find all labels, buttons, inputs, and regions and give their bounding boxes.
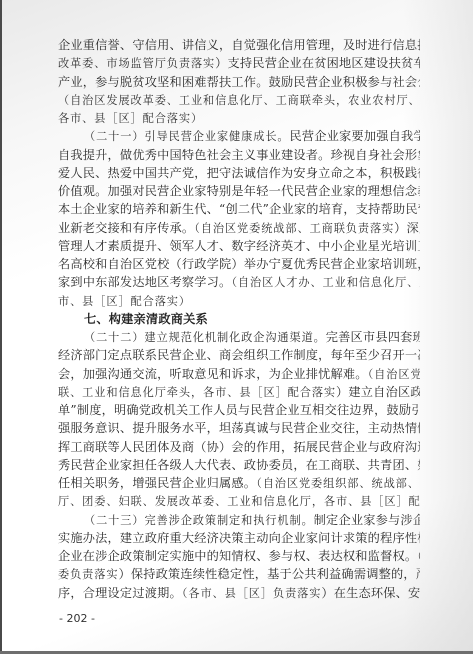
- body-text: 企业在涉企政策制定实施中的知情权、参与权、表达权和监督权。: [58, 549, 417, 563]
- responsibility-note: （自治区党委统战部、工商联负责落实: [194, 222, 394, 235]
- body-text: 会，加强沟通交流，听取意见和诉求，为企业排忧解难。: [58, 367, 368, 381]
- responsibility-note: 各市、县［区］配合落实）: [58, 112, 203, 125]
- text-line: 市、县［区］配合落实）: [58, 292, 420, 310]
- responsibility-note: 改革委、市场监管厅负责落实: [58, 57, 215, 70]
- body-text: 经济部门定点联系民营企业、商会组织工作制度，每年至少召开一次民营企业座谈: [58, 348, 420, 362]
- clause-title: （二十三）完善涉企政策制定和执行机制。: [84, 514, 314, 527]
- body-text: 本土企业家的培养和新生代、“创二代”企业家的培育，支持帮助民营企业家实现事: [58, 202, 420, 216]
- section-heading: 七、构建亲清政商关系: [58, 310, 420, 328]
- body-text: 名高校和自治区党校（行政学院）举办宁夏优秀民营企业家培训班，组织民营企业: [58, 257, 420, 271]
- text-line: 序，合理设定过渡期。（各市、县［区］负责落实）在生态环保、安全生产等领域，政策: [58, 584, 420, 602]
- body-text: 单”制度，明确党政机关工作人员与民营企业互相交往边界，鼓励引导各级干部增: [58, 403, 420, 417]
- responsibility-note: （自治区人才办、工业和信息化厅、工商联牵头，各: [231, 276, 420, 289]
- body-text: 业新老交接和有序传承。: [58, 221, 194, 235]
- text-line: 爱人民、热爱中国共产党，把守法诚信作为安身立命之本，积极践行社会主义核心: [58, 164, 420, 182]
- text-line: 企业重信誉、守信用、讲信义，自觉强化信用管理，及时进行信息披露。（自治区发展: [58, 36, 420, 54]
- text-line: 经济部门定点联系民营企业、商会组织工作制度，每年至少召开一次民营企业座谈: [58, 346, 420, 364]
- body-text: 价值观。加强对民营企业家特别是年轻一代民营企业家的理想信念教育，着力加强: [58, 184, 420, 198]
- body-text: 序，合理设定过渡期。: [58, 586, 182, 600]
- body-text: 实施办法，建立政府重大经济决策主动向企业家问计求策的程序性机制，保障民营: [58, 531, 420, 545]
- page-body-text: 企业重信誉、守信用、讲信义，自觉强化信用管理，及时进行信息披露。（自治区发展改革…: [58, 36, 420, 602]
- section-title: 七、构建亲清政商关系: [84, 312, 208, 326]
- body-text: ）建立自治区政商交往“正负面清: [336, 385, 420, 399]
- text-line: （二十二）建立规范化机制化政企沟通渠道。完善区市县四套班子领导和相关: [58, 328, 420, 346]
- body-text: ）深入实施企业经营: [394, 221, 420, 235]
- text-line: 厅、团委、妇联、发展改革委、工业和信息化厅，各市、县［区］配合落实）: [58, 492, 420, 510]
- text-line: 各市、县［区］配合落实）: [58, 109, 420, 127]
- text-line: 家到中东部发达地区考察学习。（自治区人才办、工业和信息化厅、工商联牵头，各: [58, 273, 420, 291]
- body-text: ）在生态环保、安全生产等领域，政策: [321, 586, 420, 600]
- text-line: 企业在涉企政策制定实施中的知情权、参与权、表达权和监督权。（自治区发展改革: [58, 547, 420, 565]
- text-line: 单”制度，明确党政机关工作人员与民营企业互相交往边界，鼓励引导各级干部增: [58, 401, 420, 419]
- body-text: 产业，参与脱贫攻坚和困难帮扶工作。鼓励民营企业积极参与社会公益、慈善事业。: [58, 75, 420, 89]
- body-text: 制定企业家参与涉企政策制定机制: [314, 513, 420, 527]
- responsibility-note: （自治区发展改革: [417, 550, 420, 563]
- text-line: 改革委、市场监管厅负责落实）支持民营企业在贫困地区建设扶贫车间，发展扶贫: [58, 54, 420, 72]
- text-line: （二十一）引导民营企业家健康成长。民营企业家要加强自我学习、自我教育、: [58, 127, 420, 145]
- text-line: 自我提升，做优秀中国特色社会主义事业建设者。珍视自身社会形象，热爱祖国、热: [58, 146, 420, 164]
- text-line: 业新老交接和有序传承。（自治区党委统战部、工商联负责落实）深入实施企业经营: [58, 219, 420, 237]
- text-line: 挥工商联等人民团体及商（协）会的作用，拓展民营企业与政府沟通的渠道，支持优: [58, 438, 420, 456]
- document-page: 企业重信誉、守信用、讲信义，自觉强化信用管理，及时进行信息披露。（自治区发展改革…: [0, 0, 473, 651]
- responsibility-note: （各市、县［区］负责落实: [182, 587, 321, 600]
- responsibility-note: 联、工业和信息化厅牵头，各市、县［区］配合落实: [58, 386, 336, 399]
- body-text: 管理人才素质提升、领军人才、数字经济英才、中小企业星光培训工程，依托国内知: [58, 239, 420, 253]
- body-text: 完善区市县四套班子领导和相关: [326, 330, 420, 344]
- body-text: 民营企业家要加强自我学习、自我教育、: [290, 129, 421, 143]
- body-text: 爱人民、热爱中国共产党，把守法诚信作为安身立命之本，积极践行社会主义核心: [58, 166, 420, 180]
- body-text: 挥工商联等人民团体及商（协）会的作用，拓展民营企业与政府沟通的渠道，支持优: [58, 440, 420, 454]
- body-text: 强服务意识、提升服务水平，坦荡真诚与民营企业交往，主动热情做好服务。充分发: [58, 421, 420, 435]
- body-text: 自我提升，做优秀中国特色社会主义事业建设者。珍视自身社会形象，热爱祖国、热: [58, 148, 420, 162]
- text-line: 价值观。加强对民营企业家特别是年轻一代民营企业家的理想信念教育，着力加强: [58, 182, 420, 200]
- responsibility-note: 委负责落实: [58, 568, 118, 581]
- body-text: ）支持民营企业在贫困地区建设扶贫车间，发展扶贫: [215, 56, 420, 70]
- body-text: 秀民营企业家担任各级人大代表、政协委员，在工商联、共青团、妇联等群团组织兼: [58, 458, 420, 472]
- body-text: ）保持政策连续性稳定性，基于公共利益确需调整的，严格履行调整程: [118, 567, 420, 581]
- text-line: 秀民营企业家担任各级人大代表、政协委员，在工商联、共青团、妇联等群团组织兼: [58, 456, 420, 474]
- body-text: 任相关职务，增强民营企业归属感。: [58, 476, 256, 490]
- text-line: 会，加强沟通交流，听取意见和诉求，为企业排忧解难。（自治区党委统战部、工商: [58, 365, 420, 383]
- text-line: 管理人才素质提升、领军人才、数字经济英才、中小企业星光培训工程，依托国内知: [58, 237, 420, 255]
- page-number: - 202 -: [59, 612, 95, 625]
- text-line: 产业，参与脱贫攻坚和困难帮扶工作。鼓励民营企业积极参与社会公益、慈善事业。: [58, 73, 420, 91]
- text-line: 委负责落实）保持政策连续性稳定性，基于公共利益确需调整的，严格履行调整程: [58, 565, 420, 583]
- text-line: 名高校和自治区党校（行政学院）举办宁夏优秀民营企业家培训班，组织民营企业: [58, 255, 420, 273]
- responsibility-note: 市、县［区］配合落实）: [58, 295, 191, 308]
- body-text: 企业重信誉、守信用、讲信义，自觉强化信用管理，及时进行信息披露。: [58, 38, 420, 52]
- responsibility-note: 厅、团委、妇联、发展改革委、工业和信息化厅，各市、县［区］配合落实）: [58, 495, 420, 508]
- responsibility-note: （自治区党委组织部、统战部、工商联牵头，民政: [256, 477, 420, 490]
- clause-title: （二十一）引导民营企业家健康成长。: [84, 130, 290, 143]
- responsibility-note: （自治区党委统战部、工商: [368, 368, 420, 381]
- text-line: 实施办法，建立政府重大经济决策主动向企业家问计求策的程序性机制，保障民营: [58, 529, 420, 547]
- text-line: （二十三）完善涉企政策制定和执行机制。制定企业家参与涉企政策制定机制: [58, 511, 420, 529]
- text-line: （自治区发展改革委、工业和信息化厅、工商联牵头，农业农村厅、商务厅、民政厅，: [58, 91, 420, 109]
- text-line: 联、工业和信息化厅牵头，各市、县［区］配合落实）建立自治区政商交往“正负面清: [58, 383, 420, 401]
- body-text: 家到中东部发达地区考察学习。: [58, 275, 231, 289]
- text-line: 本土企业家的培养和新生代、“创二代”企业家的培育，支持帮助民营企业家实现事: [58, 200, 420, 218]
- text-line: 强服务意识、提升服务水平，坦荡真诚与民营企业交往，主动热情做好服务。充分发: [58, 419, 420, 437]
- clause-title: （二十二）建立规范化机制化政企沟通渠道。: [84, 331, 326, 344]
- responsibility-note: （自治区发展改革委、工业和信息化厅、工商联牵头，农业农村厅、商务厅、民政厅，: [58, 94, 420, 107]
- text-line: 任相关职务，增强民营企业归属感。（自治区党委组织部、统战部、工商联牵头，民政: [58, 474, 420, 492]
